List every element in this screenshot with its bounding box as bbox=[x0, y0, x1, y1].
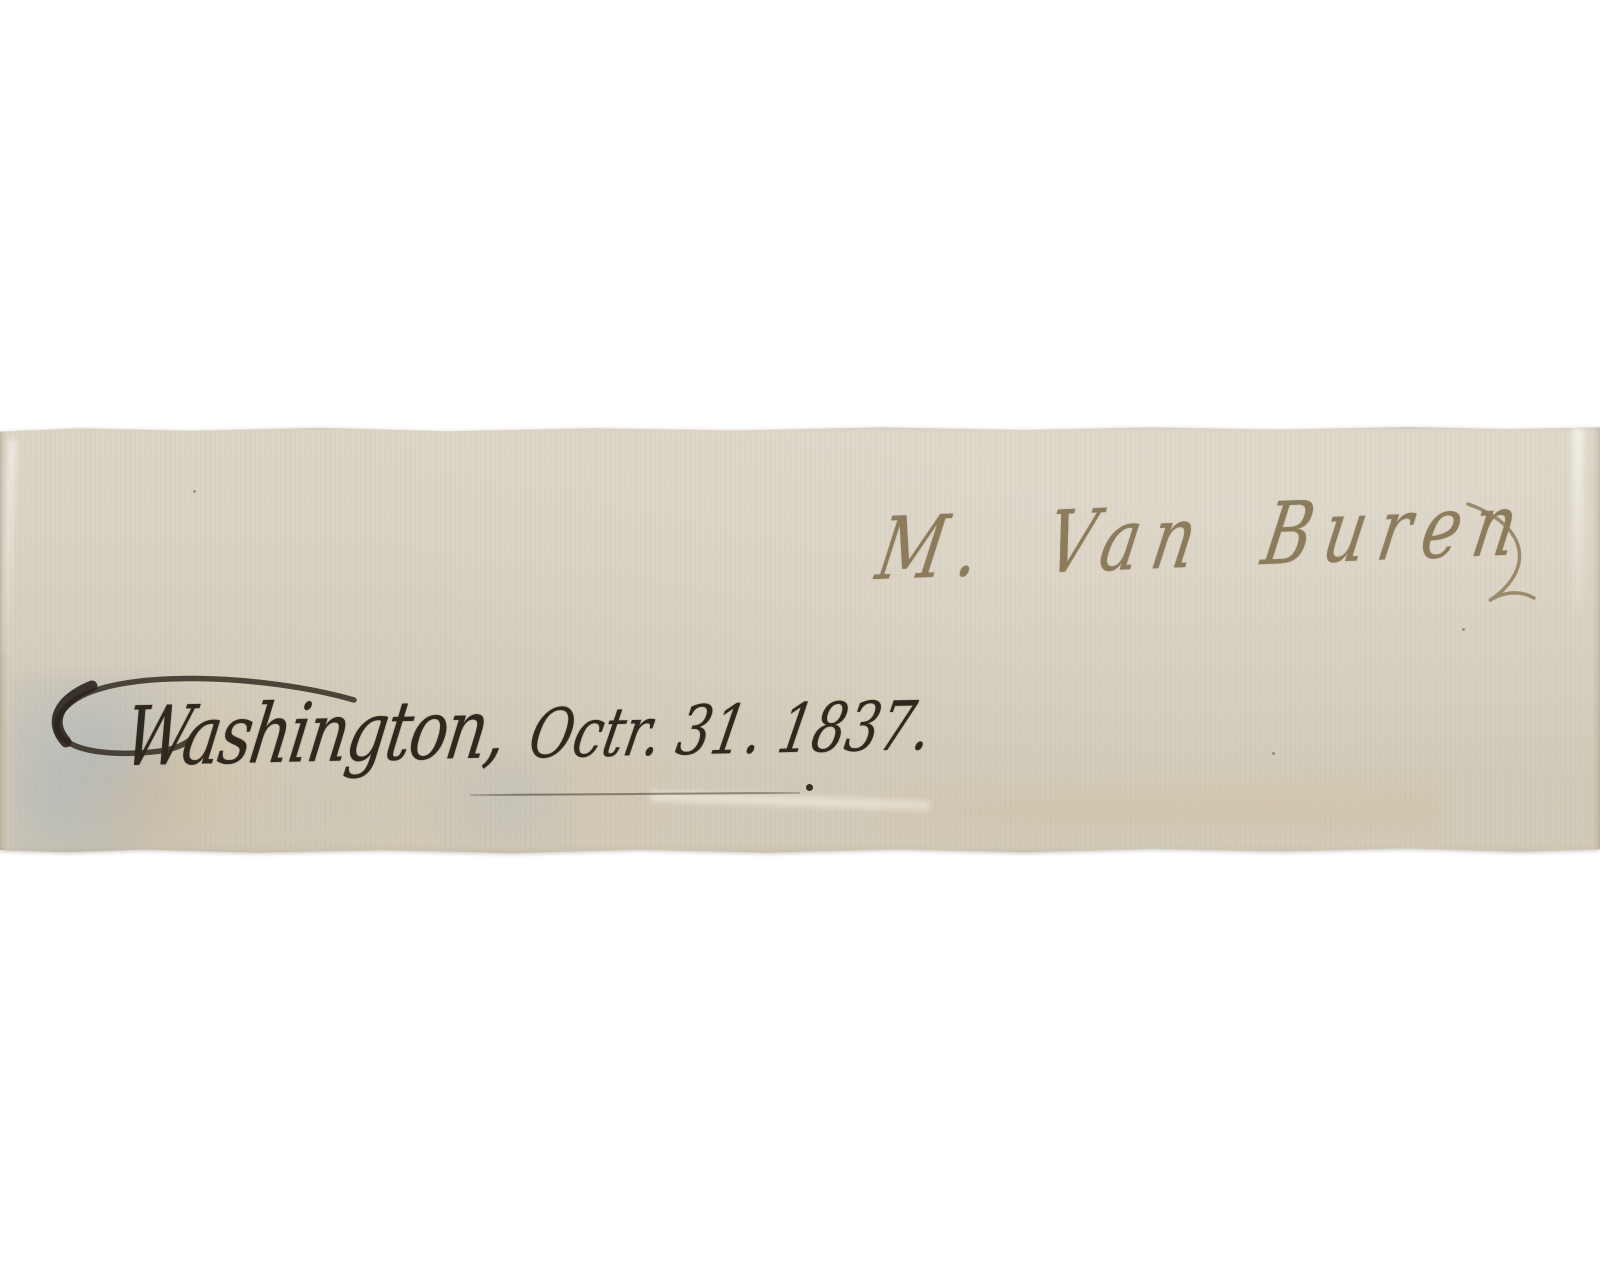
dateline-date: Octr. 31. 1837. bbox=[523, 687, 939, 775]
ink-speck bbox=[1272, 752, 1275, 755]
paper-slip-wrapper: M. Van Buren Washington,Octr. 31. 1837. bbox=[0, 424, 1600, 856]
signature: M. Van Buren bbox=[870, 476, 1537, 600]
scan-background: M. Van Buren Washington,Octr. 31. 1837. bbox=[0, 0, 1600, 1280]
dateline: Washington,Octr. 31. 1837. bbox=[116, 695, 923, 787]
date-underline-period bbox=[806, 784, 813, 791]
dateline-place: Washington, bbox=[118, 683, 512, 787]
paper-slip: M. Van Buren Washington,Octr. 31. 1837. bbox=[0, 424, 1600, 856]
signature-end-flourish bbox=[1462, 486, 1592, 626]
ink-speck bbox=[1462, 628, 1465, 631]
ink-speck bbox=[193, 490, 196, 493]
left-crease bbox=[0, 440, 16, 655]
signature-text: M. Van Buren bbox=[870, 474, 1537, 600]
bottom-right-stain bbox=[880, 770, 1440, 844]
